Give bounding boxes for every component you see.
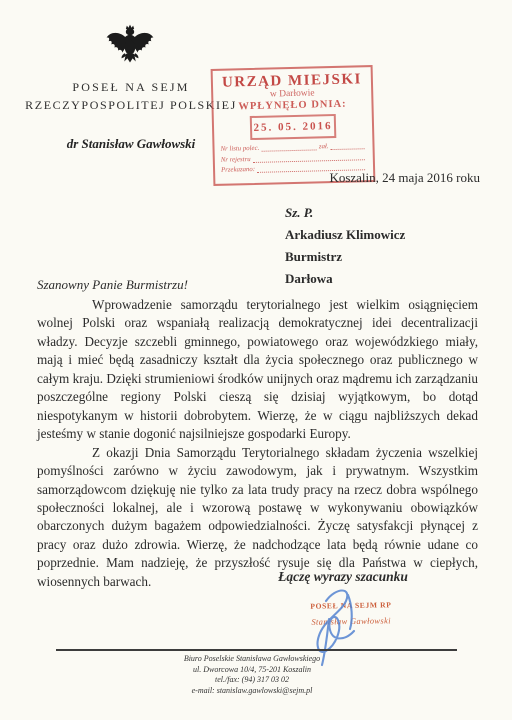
footer-office-info: Biuro Poselskie Stanisława Gawłowskiego … [26, 654, 478, 696]
field-label: Nr rejestru [221, 156, 251, 164]
footer-line-email: e-mail: stanislaw.gawlowski@sejm.pl [26, 686, 478, 697]
letter-dateline: Koszalin, 24 maja 2016 roku [329, 170, 480, 186]
scanned-letter-page: POSEŁ NA SEJM RZECZYPOSPOLITEJ POLSKIEJ … [0, 0, 512, 720]
receipt-stamp-date: 25. 05. 2016 [250, 114, 337, 140]
addressee-title: Burmistrz [285, 246, 405, 268]
receipt-stamp: URZĄD MIEJSKI w Darłowie WPŁYNĘŁO DNIA: … [211, 65, 376, 186]
field-label: Przekazano: [221, 166, 255, 174]
footer-line-phone: tel./fax: (94) 317 03 02 [26, 675, 478, 686]
letterhead-sender-name: dr Stanisław Gawłowski [20, 136, 242, 152]
body-paragraph-1: Wprowadzenie samorządu terytorialnego je… [37, 296, 478, 444]
dotted-leader [330, 142, 364, 150]
dotted-leader [253, 153, 365, 163]
addressee-city: Darłowa [285, 268, 405, 290]
dotted-leader [261, 143, 317, 151]
addressee-block: Sz. P. Arkadiusz Klimowicz Burmistrz Dar… [285, 202, 405, 290]
addressee-honorific: Sz. P. [285, 202, 405, 224]
footer-line-office: Biuro Poselskie Stanisława Gawłowskiego [26, 654, 478, 665]
addressee-name: Arkadiusz Klimowicz [285, 224, 405, 246]
closing-phrase: Łączę wyrazy szacunku [258, 569, 428, 585]
footer-divider [56, 649, 457, 651]
receipt-stamp-received-label: WPŁYNĘŁO DNIA: [219, 98, 365, 113]
footer-line-address: ul. Dworcowa 10/4, 75-201 Koszalin [26, 665, 478, 676]
receipt-stamp-field-list-number: Nr listu polec. zał. [220, 142, 366, 153]
field-label: Nr listu polec. [220, 145, 259, 153]
letterhead-title-line1: POSEŁ NA SEJM [20, 80, 242, 95]
receipt-stamp-field-register: Nr rejestru [221, 153, 367, 164]
letter-salutation: Szanowny Panie Burmistrzu! [37, 277, 188, 293]
field-label: zał. [319, 143, 329, 150]
polish-eagle-icon [104, 24, 156, 72]
letter-body: Wprowadzenie samorządu terytorialnego je… [37, 296, 478, 591]
